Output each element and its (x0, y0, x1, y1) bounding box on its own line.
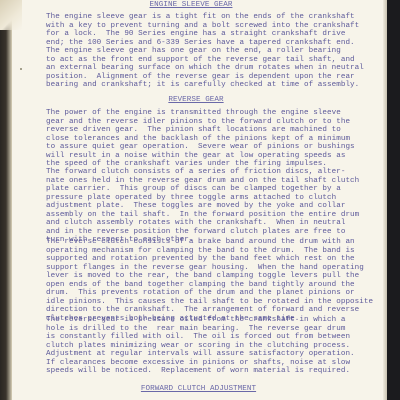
section-heading-forward-clutch-adjustment: FORWARD CLUTCH ADJUSTMENT (46, 385, 351, 394)
paragraph-engine-sleeve-gear: The engine sleeve gear is a tight fit on… (46, 13, 364, 90)
paragraph-reverse-clutch: The reverse clutch consists of a brake b… (46, 238, 373, 323)
paragraph-forward-clutch: The forward clutch consists of a series … (46, 168, 359, 245)
scan-border-right (387, 0, 400, 400)
paragraph-adjustment: Adjustment at regular intervals will ass… (46, 350, 355, 376)
paragraph-lubrication: The reverse gear is pressure oiled from … (46, 316, 350, 350)
paragraph-power-transmission: The power of the engine is transmitted t… (46, 109, 355, 169)
section-heading-reverse-gear: REVERSE GEAR (46, 96, 346, 105)
page-curl (0, 0, 22, 30)
book-binding-left-edge (0, 0, 12, 400)
section-heading-engine-sleeve-gear: ENGINE SLEEVE GEAR (46, 1, 336, 10)
margin-mark (20, 68, 22, 70)
